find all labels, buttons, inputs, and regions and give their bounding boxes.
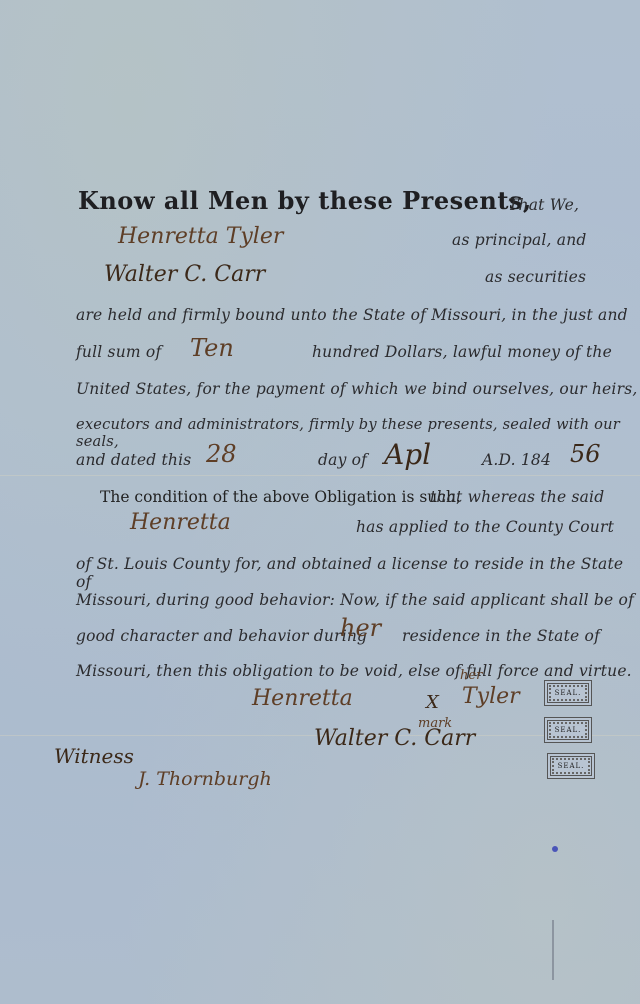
condition-roman: The condition of the above Obligation is…: [100, 488, 461, 506]
dated-label: and dated this: [76, 451, 191, 469]
sum-label: full sum of: [76, 343, 161, 361]
condition-italic: that whereas the said: [430, 488, 604, 506]
paper-scratch: [552, 920, 554, 980]
residence-pronoun: her: [340, 614, 381, 642]
principal-label: as principal, and: [452, 231, 587, 249]
witness-label: Witness: [54, 744, 134, 768]
residence-before: good character and behavior during: [76, 627, 367, 645]
signature-principal-surname: Tyler: [462, 684, 520, 709]
applicant-name: Henretta: [130, 510, 231, 535]
united-states-line: United States, for the payment of which …: [76, 380, 637, 398]
executors-line: executors and administrators, firmly by …: [76, 416, 640, 450]
signature-mark-x: X: [426, 692, 439, 713]
county-line: of St. Louis County for, and obtained a …: [76, 555, 640, 591]
security-label: as securities: [485, 268, 586, 286]
document-paper: Know all Men by these Presents, That We,…: [0, 0, 640, 1004]
sum-amount: Ten: [190, 334, 234, 362]
heading-blackletter: Know all Men by these Presents,: [78, 186, 532, 215]
year-prefix: A.D. 184: [482, 451, 551, 469]
principal-name: Henretta Tyler: [118, 224, 283, 249]
fold-crease: [0, 475, 640, 476]
date-month: Apl: [384, 438, 431, 471]
security-name: Walter C. Carr: [104, 262, 265, 287]
behavior-line: Missouri, during good behavior: Now, if …: [76, 591, 634, 609]
heading-continuation: That We,: [508, 196, 579, 214]
signature-principal-name: Henretta: [252, 686, 353, 711]
applied-text: has applied to the County Court: [356, 518, 614, 536]
residence-after: residence in the State of: [402, 627, 600, 645]
seal-3: SEAL.: [547, 753, 595, 779]
seal-2: SEAL.: [544, 717, 592, 743]
closing-line: Missouri, then this obligation to be voi…: [76, 662, 632, 680]
signature-her: her: [460, 668, 482, 683]
date-day: 28: [206, 440, 237, 468]
day-of-label: day of: [318, 451, 367, 469]
ink-spot: [552, 846, 558, 852]
signature-security-name: Walter C. Carr: [314, 726, 475, 751]
seal-1: SEAL.: [544, 680, 592, 706]
year-correction: 56: [570, 440, 601, 468]
bound-line: are held and firmly bound unto the State…: [76, 306, 628, 324]
sum-currency-text: hundred Dollars, lawful money of the: [312, 343, 612, 361]
witness-name: J. Thornburgh: [138, 768, 272, 790]
